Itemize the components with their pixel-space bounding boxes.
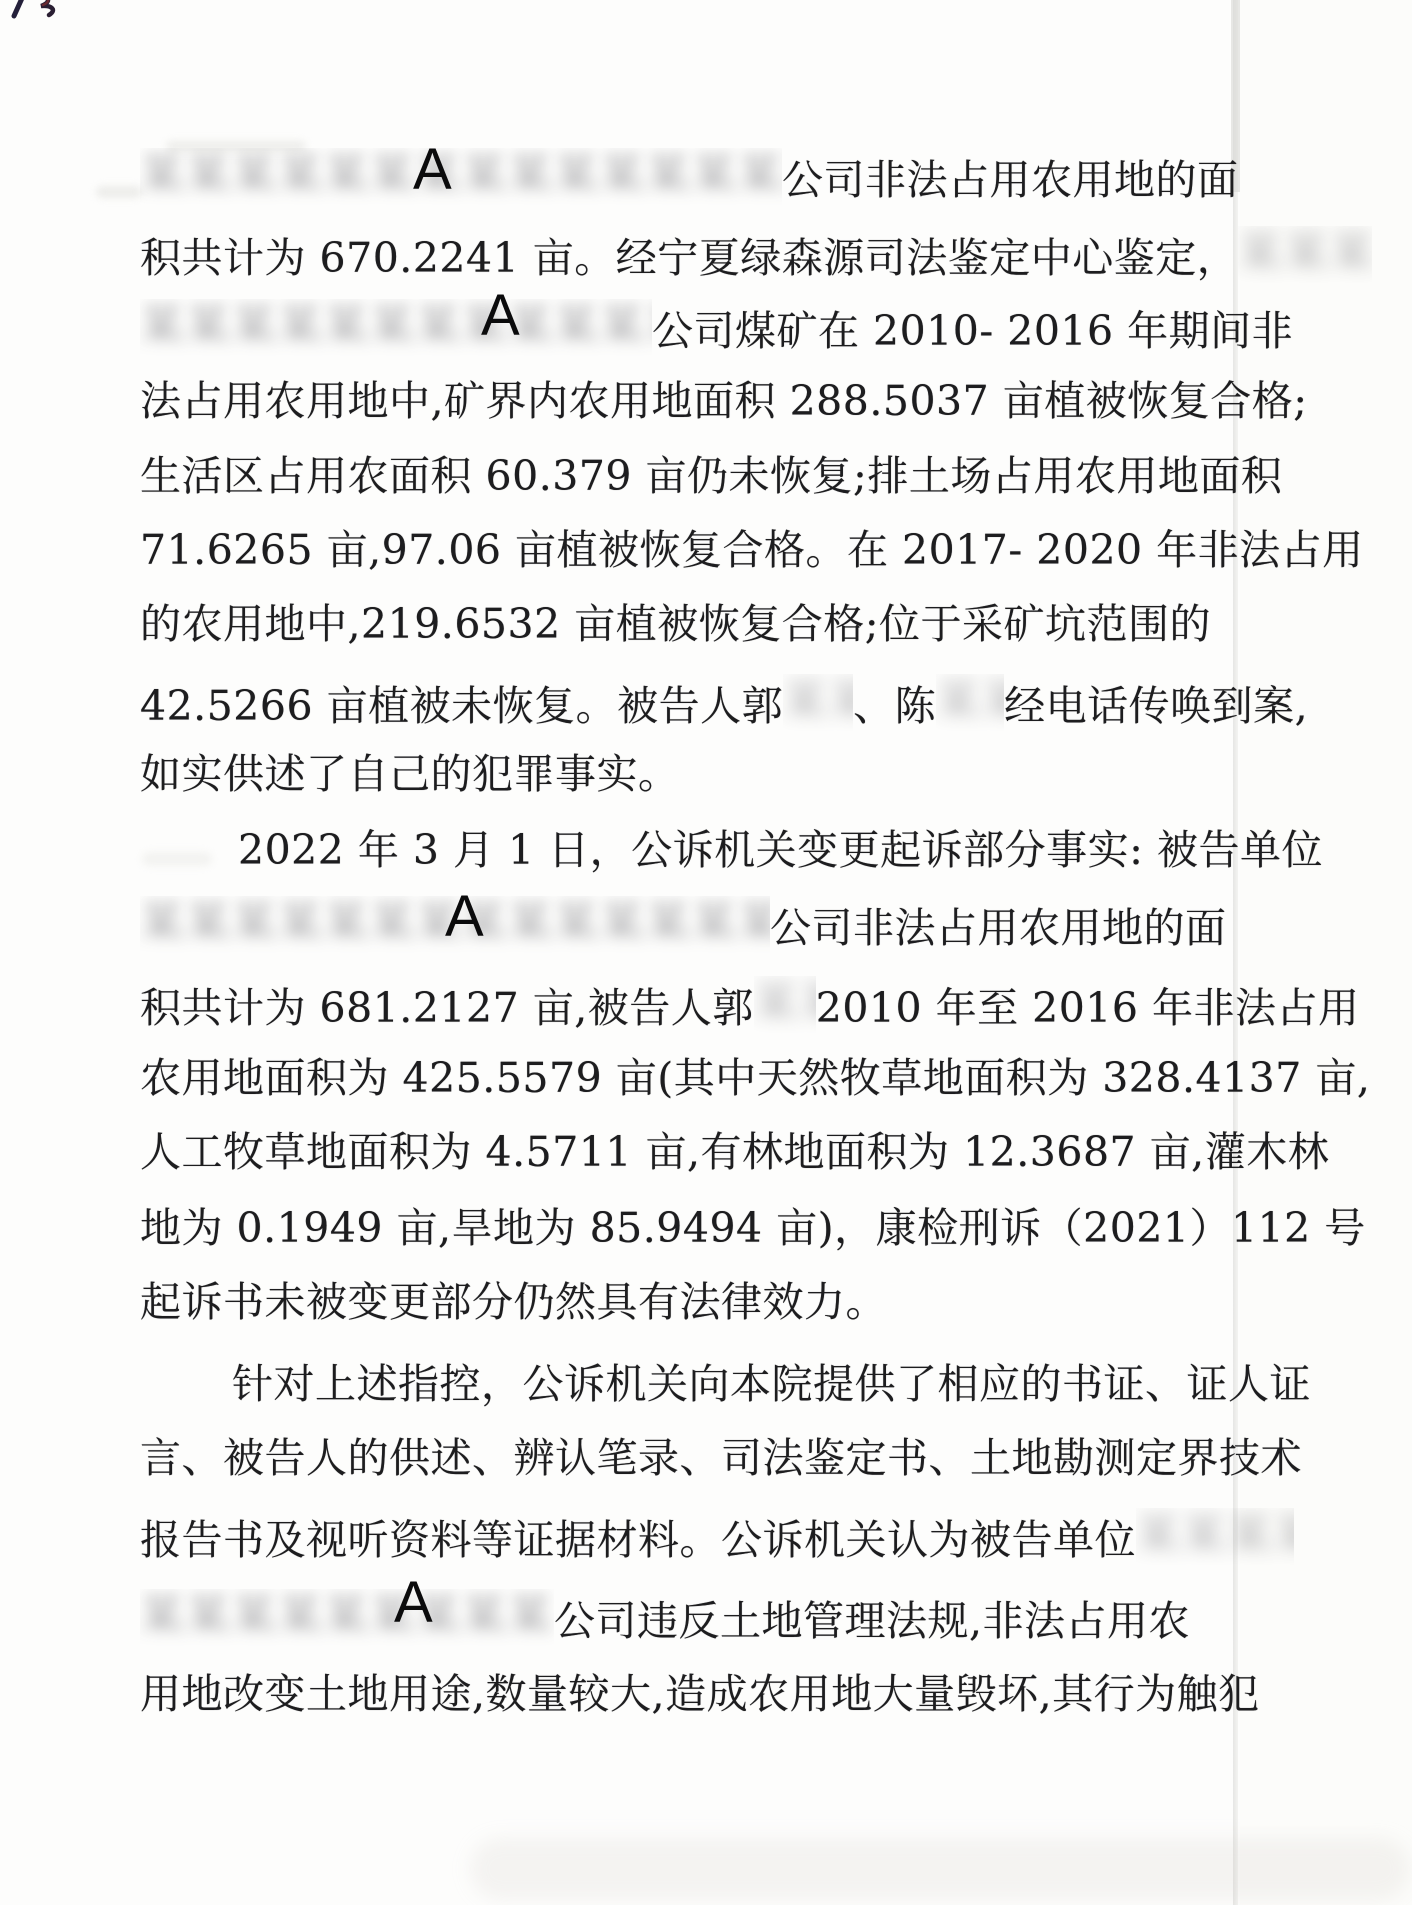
redaction-label-letter: A [481, 287, 520, 345]
scan-smudge [96, 186, 142, 198]
redaction-label-letter: A [445, 888, 484, 946]
line-text: 的农用地中,219.6532 亩植被恢复合格;位于采矿坑范围的 [140, 598, 1211, 650]
text-line: 如实供述了自己的犯罪事实。 [140, 748, 680, 800]
line-text: 公司非法占用农用地的面 [770, 902, 1227, 954]
line-text: 报告书及视听资料等证据材料。公诉机关认为被告单位 [140, 1514, 1136, 1566]
line-text: 地为 0.1949 亩,旱地为 85.9494 亩)，康检刑诉（2021）112… [140, 1202, 1366, 1254]
line-text: 71.6265 亩,97.06 亩植被恢复合格。在 2017- 2020 年非法… [140, 524, 1364, 576]
text-line: 2022 年 3 月 1 日，公诉机关变更起诉部分事实: 被告单位 [238, 824, 1323, 876]
text-line: 的农用地中,219.6532 亩植被恢复合格;位于采矿坑范围的 [140, 598, 1211, 650]
line-text: 公司违反土地管理法规,非法占用农 [554, 1595, 1190, 1647]
text-line: 言、被告人的供述、辨认笔录、司法鉴定书、土地勘测定界技术 [140, 1432, 1302, 1484]
scan-smudge [142, 852, 212, 866]
text-line: 某某某某某某某某某公司违反土地管理法规,非法占用农 [140, 1589, 1190, 1647]
text-line: 起诉书未被变更部分仍然具有法律效力。 [140, 1276, 887, 1328]
line-text: 经电话传唤到案, [1004, 680, 1308, 732]
redaction-label-letter: A [394, 1574, 433, 1632]
line-text: 、陈 [853, 680, 936, 732]
line-text: 公司非法占用农用地的面 [782, 154, 1239, 206]
line-text: 积共计为 670.2241 亩。经宁夏绿森源司法鉴定中心鉴定， [140, 232, 1238, 284]
text-line: 用地改变土地用途,数量较大,造成农用地大量毁坏,其行为触犯 [140, 1668, 1260, 1720]
handwritten-mark [4, 0, 82, 22]
line-text: 用地改变土地用途,数量较大,造成农用地大量毁坏,其行为触犯 [140, 1668, 1260, 1720]
scan-shadow [470, 1838, 1410, 1900]
redacted-text-blur: 某某 [754, 976, 816, 1034]
line-text: 如实供述了自己的犯罪事实。 [140, 748, 680, 800]
redaction-label-letter: A [413, 141, 452, 199]
text-line: 法占用农用地中,矿界内农用地面积 288.5037 亩植被恢复合格; [140, 375, 1308, 427]
redacted-text-blur: 某某某 [1238, 226, 1372, 284]
redacted-text-blur: 某某 [783, 674, 853, 732]
text-line: 42.5266 亩植被未恢复。被告人郭某某、陈某某经电话传唤到案, [140, 674, 1308, 732]
text-line: 某某某某某某某某某某某某公司煤矿在 2010- 2016 年期间非 [140, 299, 1293, 357]
redacted-text-blur: 某某某某某某某某某某某某 [140, 299, 652, 357]
line-text: 积共计为 681.2127 亩,被告人郭 [140, 982, 754, 1034]
redacted-text-blur: 某某某某某某某某某某某某某某某 [140, 148, 782, 206]
line-text: 人工牧草地面积为 4.5711 亩,有林地面积为 12.3687 亩,灌木林 [140, 1126, 1329, 1178]
line-text: 农用地面积为 425.5579 亩(其中天然牧草地面积为 328.4137 亩, [140, 1052, 1370, 1104]
text-line: 某某某某某某某某某某某某某某某公司非法占用农用地的面 [140, 896, 1227, 954]
redacted-text-blur: 某某 [936, 674, 1004, 732]
redacted-text-blur: 某某某某 [1136, 1508, 1294, 1566]
line-text: 法占用农用地中,矿界内农用地面积 288.5037 亩植被恢复合格; [140, 375, 1308, 427]
line-text: 言、被告人的供述、辨认笔录、司法鉴定书、土地勘测定界技术 [140, 1432, 1302, 1484]
page-fold-line [1233, 0, 1238, 1905]
document-page: 某某某某某某某某某某某某某某某公司非法占用农用地的面积共计为 670.2241 … [0, 0, 1412, 1905]
text-line: 生活区占用农面积 60.379 亩仍未恢复;排土场占用农用地面积 [140, 450, 1282, 502]
text-line: 积共计为 670.2241 亩。经宁夏绿森源司法鉴定中心鉴定，某某某 [140, 226, 1372, 284]
line-text: 针对上述指控，公诉机关向本院提供了相应的书证、证人证 [232, 1358, 1311, 1410]
text-line: 报告书及视听资料等证据材料。公诉机关认为被告单位某某某某 [140, 1508, 1294, 1566]
line-text: 2022 年 3 月 1 日，公诉机关变更起诉部分事实: 被告单位 [238, 824, 1323, 876]
line-text: 生活区占用农面积 60.379 亩仍未恢复;排土场占用农用地面积 [140, 450, 1282, 502]
text-line: 地为 0.1949 亩,旱地为 85.9494 亩)，康检刑诉（2021）112… [140, 1202, 1366, 1254]
page-right-margin [1240, 0, 1412, 1905]
text-line: 人工牧草地面积为 4.5711 亩,有林地面积为 12.3687 亩,灌木林 [140, 1126, 1329, 1178]
redacted-text-blur: 某某某某某某某某某 [140, 1589, 554, 1647]
text-line: 71.6265 亩,97.06 亩植被恢复合格。在 2017- 2020 年非法… [140, 524, 1364, 576]
line-text: 2010 年至 2016 年非法占用 [816, 982, 1360, 1034]
text-line: 针对上述指控，公诉机关向本院提供了相应的书证、证人证 [232, 1358, 1311, 1410]
text-line: 农用地面积为 425.5579 亩(其中天然牧草地面积为 328.4137 亩, [140, 1052, 1370, 1104]
line-text: 42.5266 亩植被未恢复。被告人郭 [140, 680, 783, 732]
text-line: 某某某某某某某某某某某某某某某公司非法占用农用地的面 [140, 148, 1239, 206]
line-text: 公司煤矿在 2010- 2016 年期间非 [652, 305, 1293, 357]
line-text: 起诉书未被变更部分仍然具有法律效力。 [140, 1276, 887, 1328]
text-line: 积共计为 681.2127 亩,被告人郭某某2010 年至 2016 年非法占用 [140, 976, 1360, 1034]
